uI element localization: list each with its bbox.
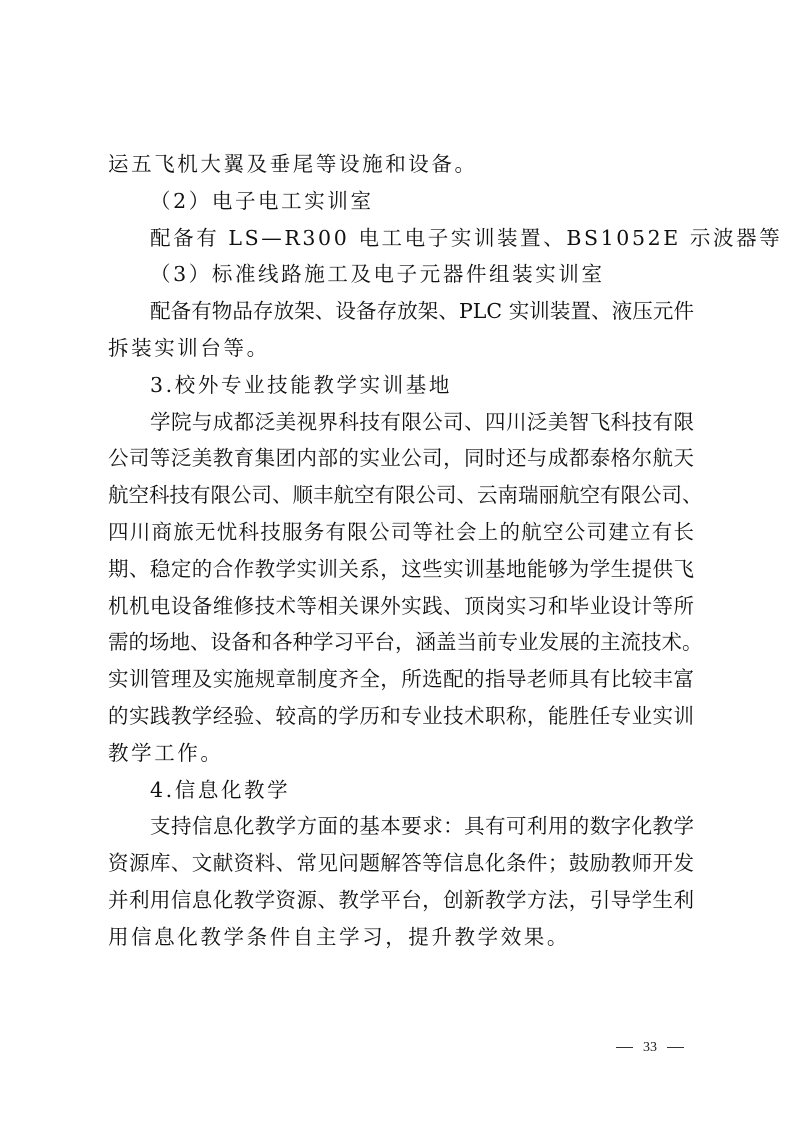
section-heading: 4.信息化教学 (108, 772, 694, 809)
subsection-heading: （2）电子电工实训室 (108, 183, 694, 220)
text-line: 运五飞机大翼及垂尾等设施和设备。 (108, 146, 694, 183)
text-line: 用信息化教学条件自主学习，提升教学效果。 (108, 919, 694, 956)
text-line: 配备有 LS—R300 电工电子实训装置、BS1052E 示波器等 (108, 220, 694, 257)
text-line: 学院与成都泛美视界科技有限公司、四川泛美智飞科技有限 (108, 404, 694, 441)
text-line: 期、稳定的合作教学实训关系，这些实训基地能够为学生提供飞 (108, 551, 694, 588)
dash-left (616, 1047, 633, 1048)
text-line: 配备有物品存放架、设备存放架、PLC 实训装置、液压元件 (108, 293, 694, 330)
text-line: 教学工作。 (108, 735, 694, 772)
document-body: 运五飞机大翼及垂尾等设施和设备。 （2）电子电工实训室 配备有 LS—R300 … (108, 146, 694, 956)
text-line: 需的场地、设备和各种学习平台，涵盖当前专业发展的主流技术。 (108, 624, 694, 661)
dash-right (667, 1047, 684, 1048)
text-line: 四川商旅无忧科技服务有限公司等社会上的航空公司建立有长 (108, 514, 694, 551)
text-line: 拆装实训台等。 (108, 330, 694, 367)
page-footer: 33 (600, 1040, 700, 1056)
section-heading: 3.校外专业技能教学实训基地 (108, 367, 694, 404)
text-line: 并利用信息化教学资源、教学平台，创新教学方法，引导学生利 (108, 882, 694, 919)
text-line: 的实践教学经验、较高的学历和专业技术职称，能胜任专业实训 (108, 698, 694, 735)
text-line: 实训管理及实施规章制度齐全，所选配的指导老师具有比较丰富 (108, 661, 694, 698)
text-line: 公司等泛美教育集团内部的实业公司，同时还与成都泰格尔航天 (108, 440, 694, 477)
text-line: 资源库、文献资料、常见问题解答等信息化条件；鼓励教师开发 (108, 845, 694, 882)
text-line: 机机电设备维修技术等相关课外实践、顶岗实习和毕业设计等所 (108, 588, 694, 625)
page-number: 33 (643, 1040, 657, 1055)
text-line: 航空科技有限公司、顺丰航空有限公司、云南瑞丽航空有限公司、 (108, 477, 694, 514)
subsection-heading: （3）标准线路施工及电子元器件组装实训室 (108, 256, 694, 293)
text-line: 支持信息化教学方面的基本要求：具有可利用的数字化教学 (108, 808, 694, 845)
